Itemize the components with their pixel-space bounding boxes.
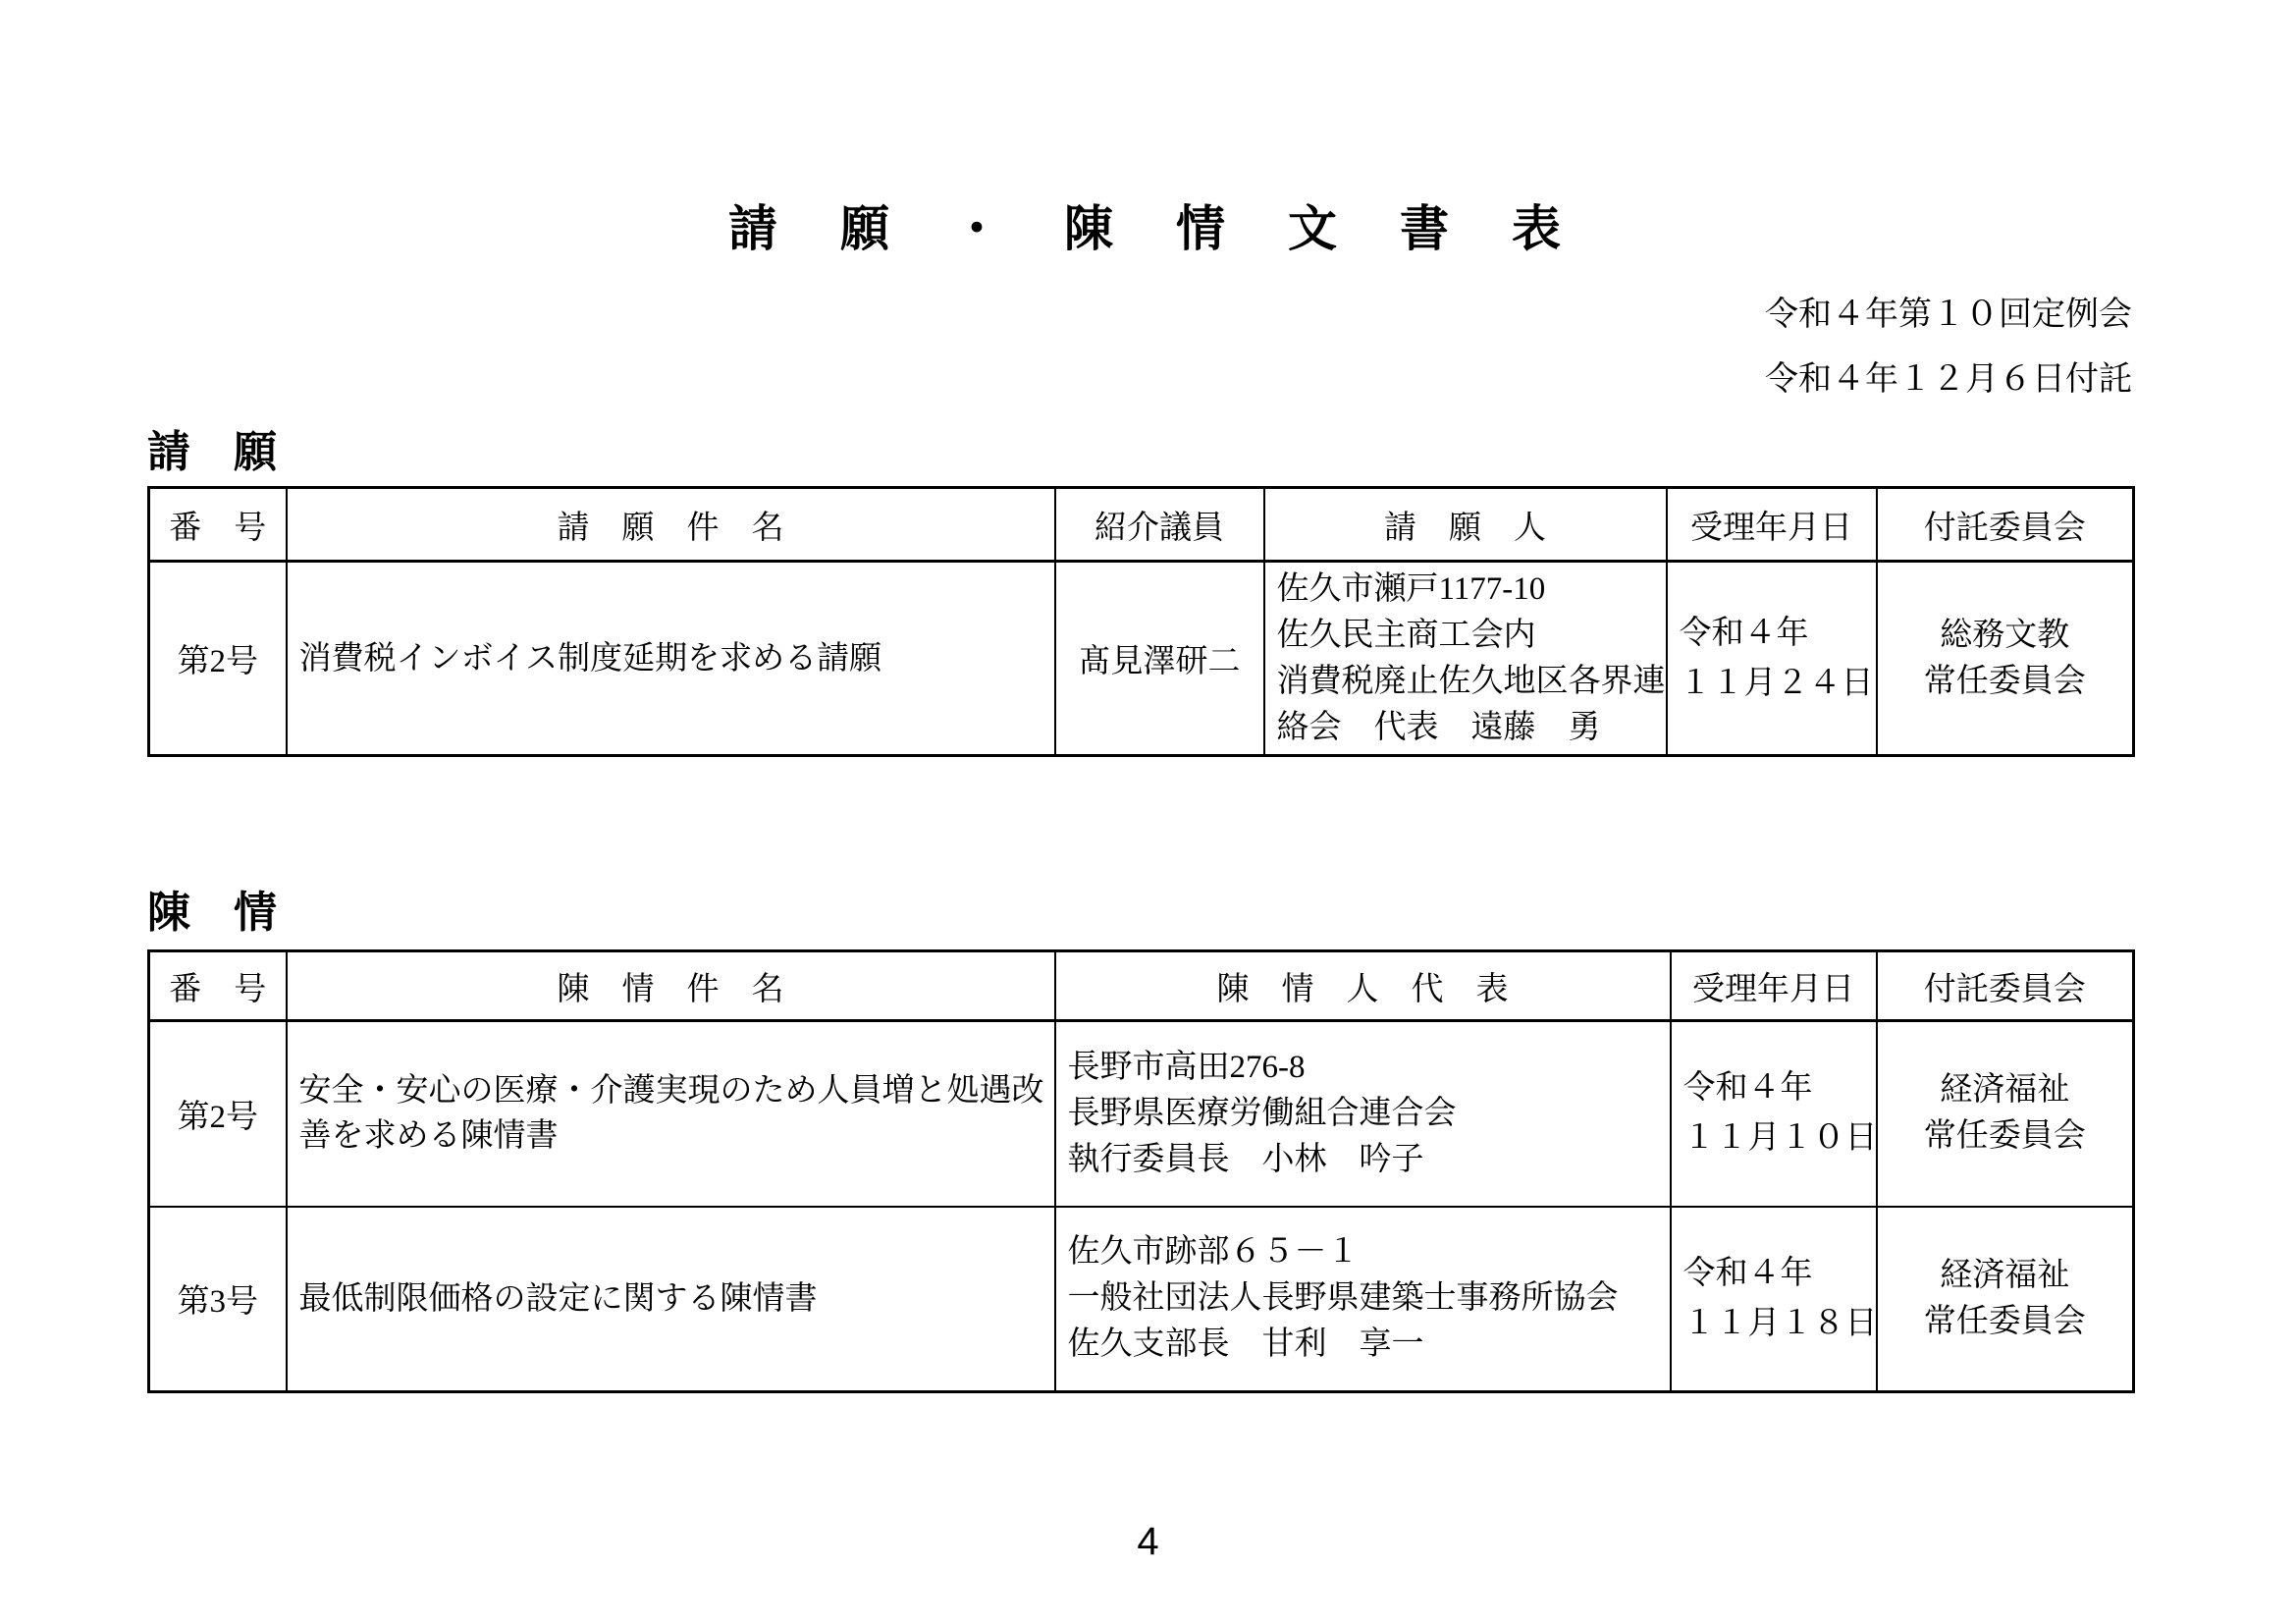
motion-table-row: 第2号 安全・安心の医療・介護実現のため人員増と処遇改善を求める陳情書 長野市高… <box>149 1021 2134 1207</box>
petition-section-heading: 請 願 <box>147 416 277 479</box>
petition-introducer-cell: 髙見澤研二 <box>1055 562 1264 756</box>
received-date-line: １１月１８日 <box>1683 1299 1868 1349</box>
representative-line: 執行委員長 小林 吟子 <box>1068 1137 1662 1183</box>
motion-title-text: 安全・安心の医療・介護実現のため人員増と処遇改善を求める陳情書 <box>299 1068 1046 1159</box>
petition-col-petitioner: 請 願 人 <box>1264 488 1667 562</box>
motion-received-date-cell: 令和４年 １１月１８日 <box>1671 1207 1877 1392</box>
document-title: 請 願 ・ 陳 情 文 書 表 <box>0 189 2296 260</box>
motion-col-number: 番 号 <box>149 951 287 1021</box>
motion-title-text: 最低制限価格の設定に関する陳情書 <box>299 1276 1046 1322</box>
motion-table: 番 号 陳 情 件 名 陳 情 人 代 表 受理年月日 付託委員会 第2号 安全… <box>147 949 2135 1393</box>
representative-line: 佐久市跡部６５－１ <box>1068 1229 1662 1275</box>
session-line-2: 令和４年１２月６日付託 <box>1765 348 2132 412</box>
petition-col-received-date: 受理年月日 <box>1667 488 1877 562</box>
petition-col-number: 番 号 <box>149 488 287 562</box>
petition-title-text: 消費税インボイス制度延期を求める請願 <box>299 636 1046 681</box>
received-date-line: 令和４年 <box>1683 1249 1868 1299</box>
received-date-line: １１月２４日 <box>1680 659 1868 709</box>
motion-col-committee: 付託委員会 <box>1877 951 2134 1021</box>
received-date-line: １１月１０日 <box>1683 1113 1868 1164</box>
petition-table-header-row: 番 号 請 願 件 名 紹介議員 請 願 人 受理年月日 付託委員会 <box>149 488 2134 562</box>
motion-representative-cell: 佐久市跡部６５－１ 一般社団法人長野県建築士事務所協会 佐久支部長 甘利 享一 <box>1055 1207 1671 1392</box>
motion-section-heading: 陳 情 <box>147 877 277 940</box>
petition-committee-cell: 総務文教 常任委員会 <box>1877 562 2134 756</box>
committee-line: 常任委員会 <box>1878 1299 2133 1345</box>
motion-number-cell: 第2号 <box>149 1021 287 1207</box>
session-info: 令和４年第１０回定例会 令和４年１２月６日付託 <box>1765 283 2132 412</box>
petition-number-cell: 第2号 <box>149 562 287 756</box>
petition-col-title: 請 願 件 名 <box>287 488 1055 562</box>
representative-line: 長野市高田276-8 <box>1068 1045 1662 1091</box>
petition-petitioner-cell: 佐久市瀬戸1177-10 佐久民主商工会内 消費税廃止佐久地区各界連 絡会 代表… <box>1264 562 1667 756</box>
petition-col-committee: 付託委員会 <box>1877 488 2134 562</box>
petition-table: 番 号 請 願 件 名 紹介議員 請 願 人 受理年月日 付託委員会 第2号 消… <box>147 486 2135 757</box>
motion-col-representative: 陳 情 人 代 表 <box>1055 951 1671 1021</box>
motion-representative-cell: 長野市高田276-8 長野県医療労働組合連合会 執行委員長 小林 吟子 <box>1055 1021 1671 1207</box>
petition-table-row: 第2号 消費税インボイス制度延期を求める請願 髙見澤研二 佐久市瀬戸1177-1… <box>149 562 2134 756</box>
committee-line: 総務文教 <box>1878 613 2133 659</box>
motion-committee-cell: 経済福祉 常任委員会 <box>1877 1021 2134 1207</box>
representative-line: 佐久支部長 甘利 享一 <box>1068 1322 1662 1368</box>
petitioner-line: 佐久民主商工会内 <box>1277 613 1658 659</box>
motion-col-title: 陳 情 件 名 <box>287 951 1055 1021</box>
petitioner-line: 消費税廃止佐久地区各界連 <box>1277 659 1658 705</box>
representative-line: 一般社団法人長野県建築士事務所協会 <box>1068 1275 1662 1322</box>
received-date-line: 令和４年 <box>1683 1063 1868 1113</box>
committee-line: 常任委員会 <box>1878 659 2133 705</box>
committee-line: 常任委員会 <box>1878 1113 2133 1160</box>
representative-line: 長野県医療労働組合連合会 <box>1068 1091 1662 1137</box>
motion-table-header-row: 番 号 陳 情 件 名 陳 情 人 代 表 受理年月日 付託委員会 <box>149 951 2134 1021</box>
committee-line: 経済福祉 <box>1878 1067 2133 1113</box>
motion-table-row: 第3号 最低制限価格の設定に関する陳情書 佐久市跡部６５－１ 一般社団法人長野県… <box>149 1207 2134 1392</box>
motion-title-cell: 最低制限価格の設定に関する陳情書 <box>287 1207 1055 1392</box>
document-page: 請 願 ・ 陳 情 文 書 表 令和４年第１０回定例会 令和４年１２月６日付託 … <box>0 0 2296 1624</box>
motion-received-date-cell: 令和４年 １１月１０日 <box>1671 1021 1877 1207</box>
petition-title-cell: 消費税インボイス制度延期を求める請願 <box>287 562 1055 756</box>
motion-title-cell: 安全・安心の医療・介護実現のため人員増と処遇改善を求める陳情書 <box>287 1021 1055 1207</box>
received-date-line: 令和４年 <box>1680 609 1868 659</box>
committee-line: 経済福祉 <box>1878 1253 2133 1299</box>
petition-received-date-cell: 令和４年 １１月２４日 <box>1667 562 1877 756</box>
motion-number-cell: 第3号 <box>149 1207 287 1392</box>
page-number: 4 <box>0 1520 2296 1564</box>
session-line-1: 令和４年第１０回定例会 <box>1765 283 2132 348</box>
motion-committee-cell: 経済福祉 常任委員会 <box>1877 1207 2134 1392</box>
motion-col-received-date: 受理年月日 <box>1671 951 1877 1021</box>
petition-col-introducer: 紹介議員 <box>1055 488 1264 562</box>
petitioner-line: 佐久市瀬戸1177-10 <box>1277 567 1658 613</box>
petitioner-line: 絡会 代表 遠藤 勇 <box>1277 705 1658 751</box>
